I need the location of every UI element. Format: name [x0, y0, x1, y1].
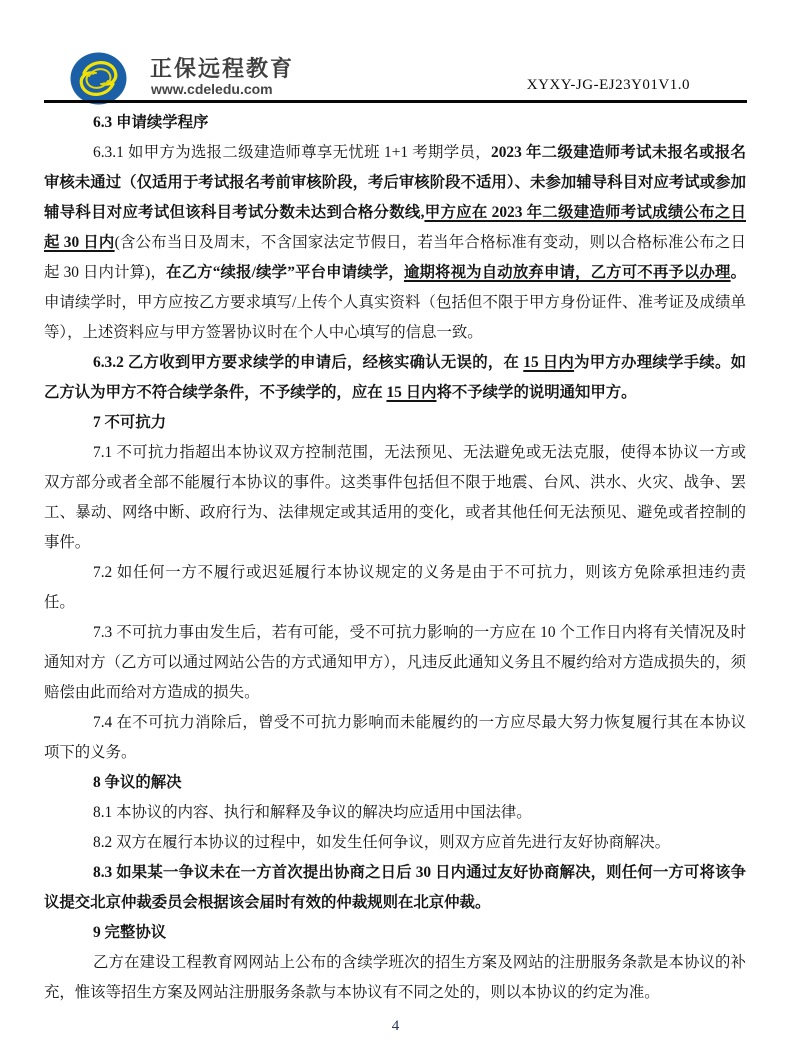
document-body: 6.3 申请续学程序6.3.1 如甲方为选报二级建造师尊享无忧班 1+1 考期学…: [44, 108, 746, 1008]
paragraph: 6.3.1 如甲方为选报二级建造师尊享无忧班 1+1 考期学员，2023 年二级…: [44, 138, 746, 348]
text-run: 6.3.1 如甲方为选报二级建造师尊享无忧班 1+1 考期学员，: [93, 144, 491, 161]
text-run: 9 完整协议: [93, 924, 166, 941]
paragraph: 7.1 不可抗力指超出本协议双方控制范围，无法预见、无法避免或无法克服，使得本协…: [44, 438, 746, 558]
text-run: 申请续学时，甲方应按乙方要求填写/上传个人真实资料（包括但不限于甲方身份证件、准…: [44, 294, 746, 341]
page: 正保远程教育 www.cdeledu.com XYXY-JG-EJ23Y01V1…: [0, 0, 791, 1050]
paragraph: 7.4 在不可抗力消除后，曾受不可抗力影响而未能履约的一方应尽最大努力恢复履行其…: [44, 708, 746, 768]
text-run: 8.1 本协议的内容、执行和解释及争议的解决均应适用中国法律。: [93, 804, 532, 821]
text-run: 7.4 在不可抗力消除后，曾受不可抗力影响而未能履约的一方应尽最大努力恢复履行其…: [44, 714, 746, 761]
text-run: 。: [731, 264, 746, 281]
text-run: 7.3 不可抗力事由发生后，若有可能，受不可抗力影响的一方应在 10 个工作日内…: [44, 624, 746, 701]
text-run: 8.3 如果某一争议未在一方首次提出协商之日后 30 日内通过友好协商解决，则任…: [44, 864, 746, 911]
text-run: 乙方在建设工程教育网网站上公布的含续学班次的招生方案及网站的注册服务条款是本协议…: [44, 954, 746, 1001]
brand-url: www.cdeledu.com: [151, 81, 273, 97]
text-run: 6.3.2 乙方收到甲方要求续学的申请后，经核实确认无误的，在: [93, 354, 523, 371]
paragraph: 7.3 不可抗力事由发生后，若有可能，受不可抗力影响的一方应在 10 个工作日内…: [44, 618, 746, 708]
header-rule-divider: [44, 100, 747, 103]
doc-code: XYXY-JG-EJ23Y01V1.0: [527, 77, 690, 94]
paragraph: 6.3.2 乙方收到甲方要求续学的申请后，经核实确认无误的，在 15 日内为甲方…: [44, 348, 746, 408]
section-heading: 7 不可抗力: [44, 408, 746, 438]
section-heading: 8 争议的解决: [44, 768, 746, 798]
logo-swirl-icon: [70, 52, 127, 105]
text-run: 8.2 双方在履行本协议的过程中，如发生任何争议，则双方应首先进行友好协商解决。: [93, 834, 670, 851]
paragraph: 7.2 如任何一方不履行或迟延履行本协议规定的义务是由于不可抗力，则该方免除承担…: [44, 558, 746, 618]
paragraph: 8.1 本协议的内容、执行和解释及争议的解决均应适用中国法律。: [44, 798, 746, 828]
brand-name: 正保远程教育: [150, 52, 294, 83]
text-run: 15 日内: [523, 354, 574, 371]
text-run: 6.3 申请续学程序: [93, 114, 208, 131]
text-run: 8 争议的解决: [93, 774, 182, 791]
text-run: 7.2 如任何一方不履行或迟延履行本协议规定的义务是由于不可抗力，则该方免除承担…: [44, 564, 746, 611]
logo: 正保远程教育 www.cdeledu.com: [70, 50, 410, 106]
text-run: 7 不可抗力: [93, 414, 166, 431]
paragraph: 乙方在建设工程教育网网站上公布的含续学班次的招生方案及网站的注册服务条款是本协议…: [44, 948, 746, 1008]
section-heading: 6.3 申请续学程序: [44, 108, 746, 138]
page-number: 4: [0, 1018, 791, 1035]
paragraph: 8.2 双方在履行本协议的过程中，如发生任何争议，则双方应首先进行友好协商解决。: [44, 828, 746, 858]
section-heading: 9 完整协议: [44, 918, 746, 948]
paragraph: 8.3 如果某一争议未在一方首次提出协商之日后 30 日内通过友好协商解决，则任…: [44, 858, 746, 918]
text-run: 7.1 不可抗力指超出本协议双方控制范围，无法预见、无法避免或无法克服，使得本协…: [44, 444, 746, 551]
text-run: 将不予续学的说明通知甲方。: [436, 384, 636, 401]
text-run: 逾期将视为自动放弃申请，乙方可不再予以办理: [404, 264, 731, 281]
text-run: 15 日内: [386, 384, 436, 401]
text-run: 在乙方“续报/续学”平台申请续学，: [166, 264, 404, 281]
